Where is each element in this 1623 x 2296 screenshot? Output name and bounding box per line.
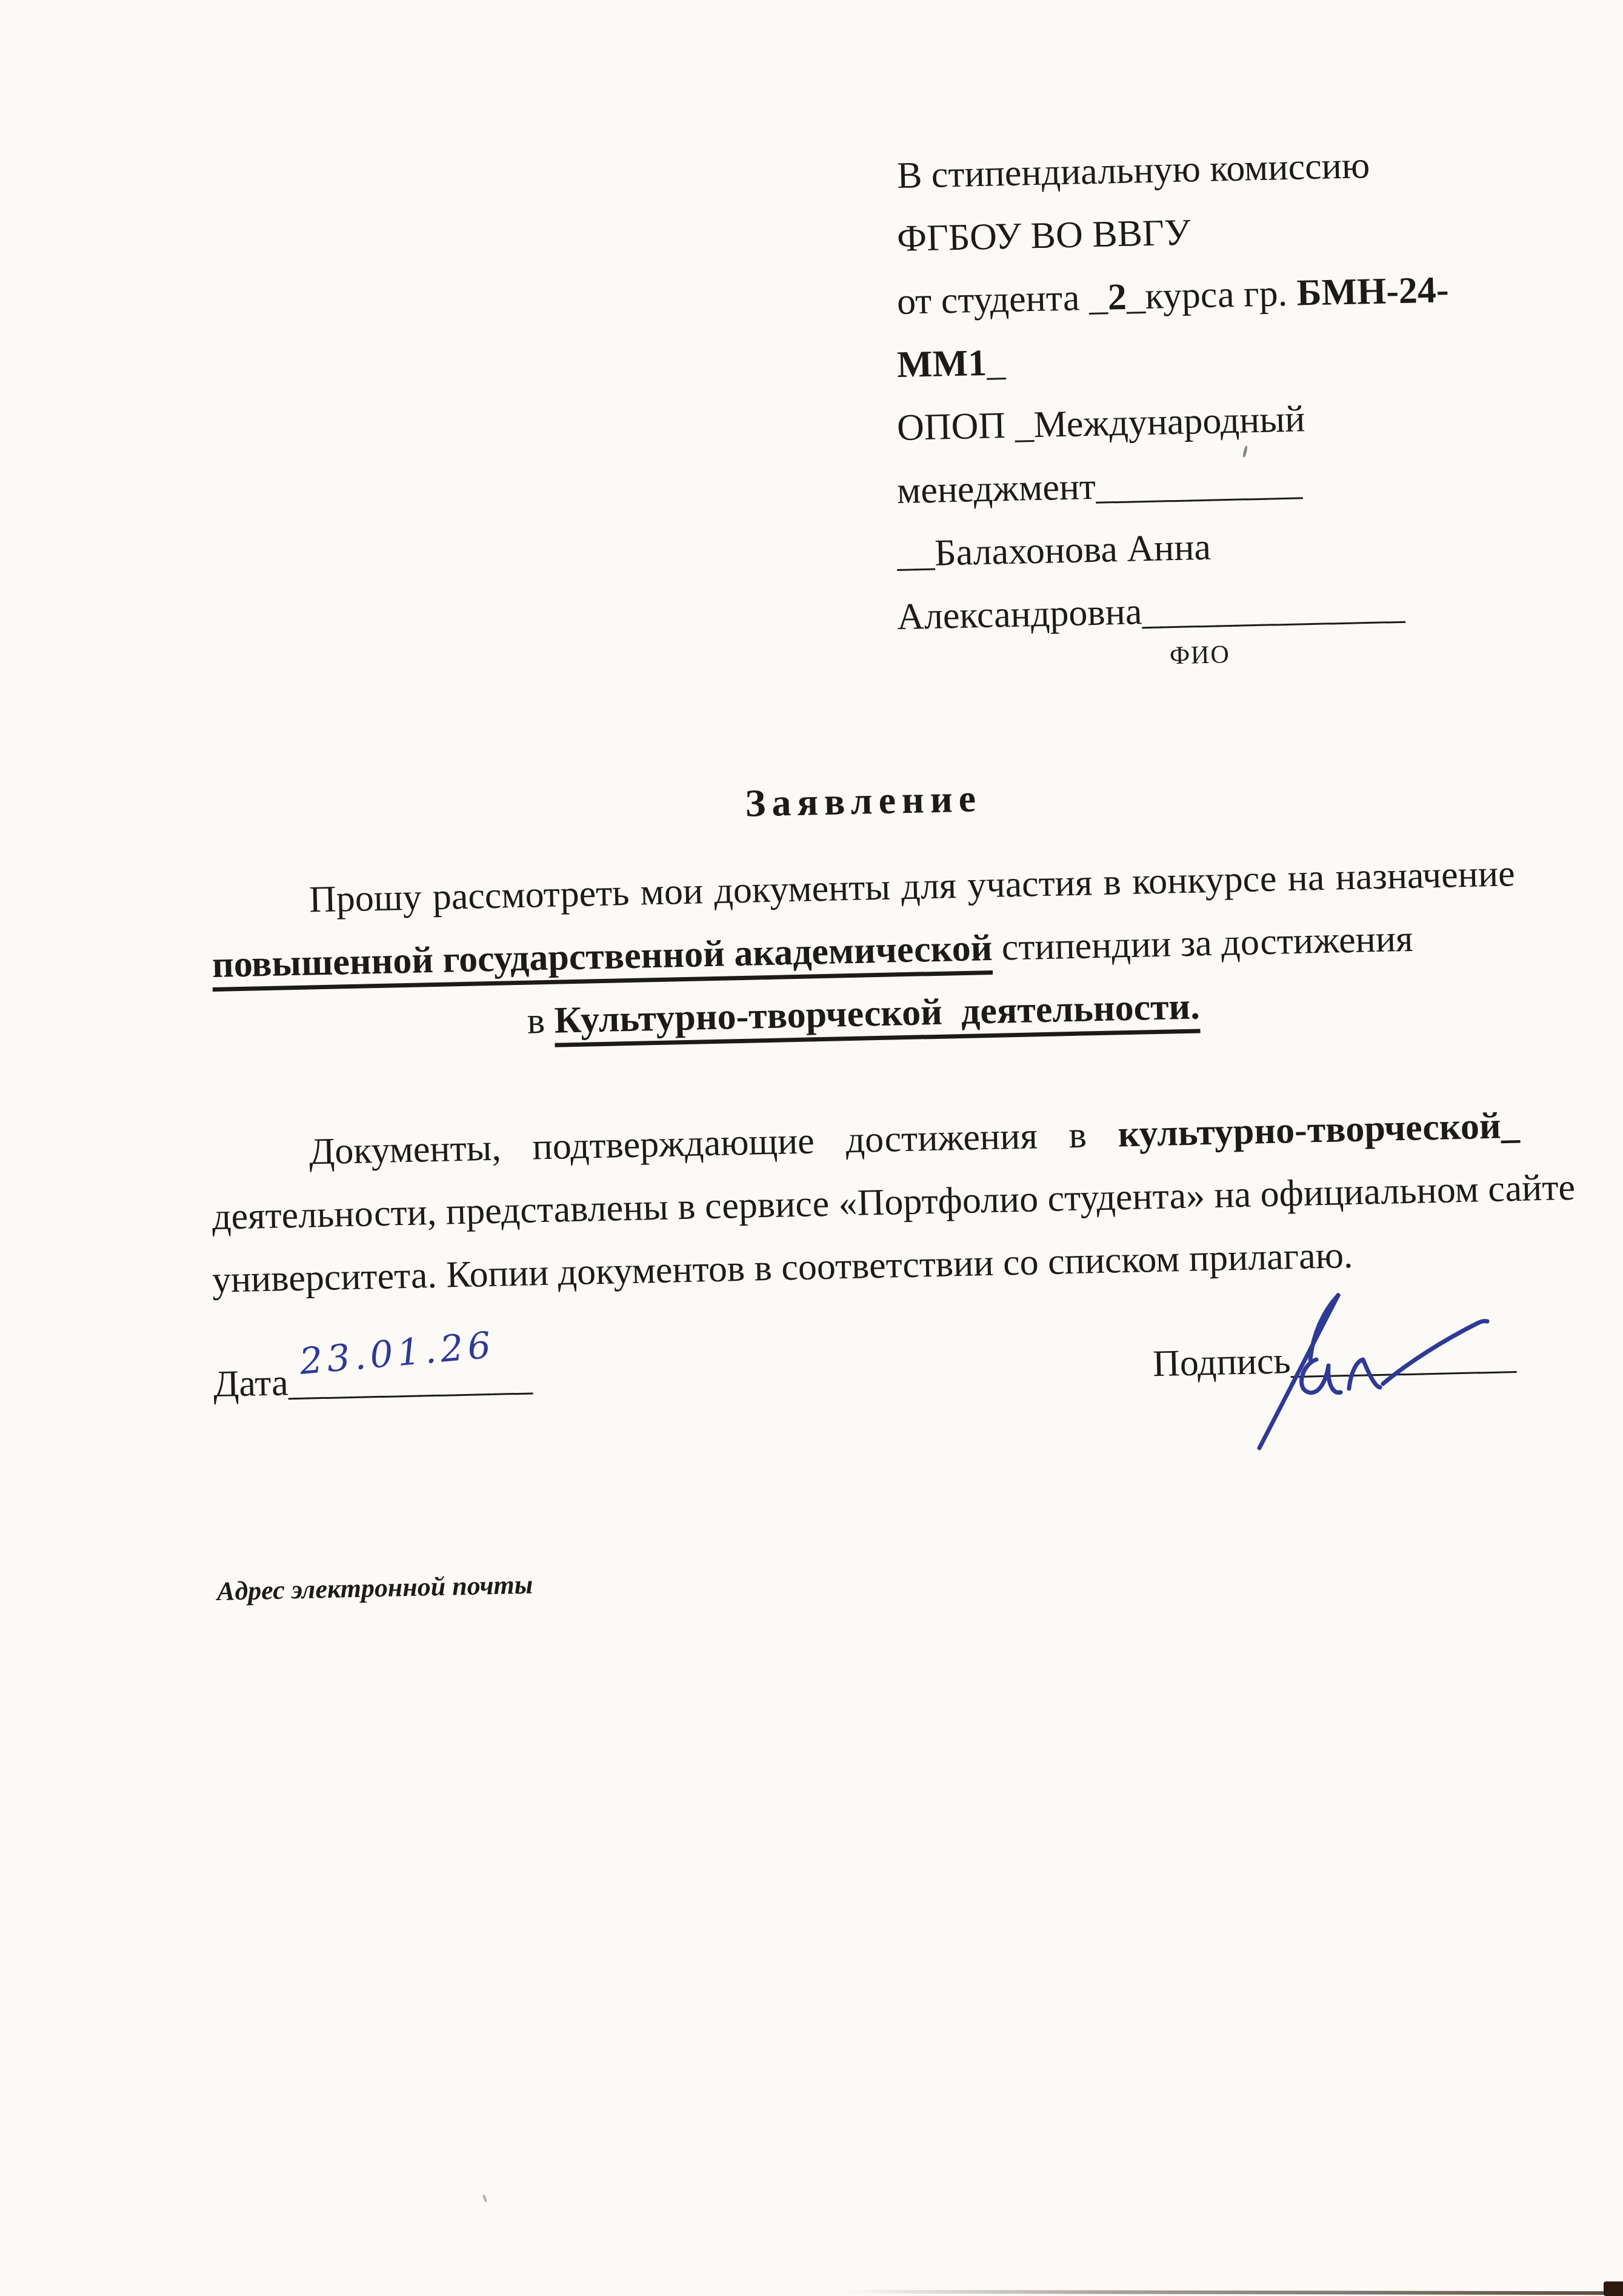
scan-corner-artifact [1604, 2281, 1623, 2296]
recipient-text: В стипендиальную комиссию [896, 145, 1370, 196]
scan-speck [482, 2194, 488, 2203]
program-name: _Международный [1015, 398, 1305, 446]
program-line: ОПОП _Международный [896, 384, 1455, 459]
blank-underscores: ___________ [1095, 461, 1302, 507]
signature-stroke-tail [1383, 1321, 1487, 1384]
program-line-continued: менеджмент___________ [896, 447, 1455, 522]
recipient-block: В стипендиальную комиссию ФГБОУ ВО ВВГУ … [897, 144, 1455, 684]
date-label: Дата [213, 1351, 289, 1416]
documents-text: университета. Копии документов в соответ… [212, 1235, 1353, 1301]
request-text: стипендии за достижения [991, 918, 1413, 969]
group-code-continued-line: ММ1_ [896, 321, 1455, 396]
request-text: в [527, 1000, 555, 1042]
group-code: БМН-24- [1296, 269, 1449, 313]
recipient-text: ФГБОУ ВО ВВГУ [896, 212, 1191, 259]
blank-underscore: _ [1501, 1105, 1520, 1147]
email-address-label: Адрес электронной почты [216, 1569, 533, 1607]
student-course-group-line: от студента _2_курса гр. БМН-24- [896, 258, 1455, 333]
activity-type-underlined: Культурно-творческой деятельности. [554, 986, 1201, 1041]
blank-underscores: __ [896, 533, 935, 575]
group-code: ММ1 [896, 342, 987, 385]
student-patronymic: Александровна [896, 591, 1142, 638]
scanned-application-sheet: В стипендиальную комиссию ФГБОУ ВО ВВГУ … [0, 0, 1623, 2296]
documents-text: Документы, подтверждающие достижения в [308, 1113, 1118, 1172]
program-name: менеджмент [896, 466, 1096, 512]
course-number: 2 [1107, 276, 1127, 318]
request-paragraph: Прошу рассмотреть мои документы для учас… [212, 870, 1515, 1060]
group-label: _курса гр. [1126, 273, 1297, 318]
scan-edge-artifact [845, 2290, 1623, 2295]
recipient-line-university: ФГБОУ ВО ВВГУ [896, 195, 1455, 270]
blank-underscores: ______________ [1141, 586, 1405, 632]
signature-stroke-letter-l [1349, 1360, 1380, 1389]
handwritten-signature [1218, 1276, 1497, 1458]
program-label: ОПОП [896, 405, 1015, 449]
student-label: от студента _ [896, 276, 1108, 322]
activity-type-bold: культурно-творческой [1118, 1106, 1501, 1155]
recipient-line-commission: В стипендиальную комиссию [896, 132, 1455, 207]
student-name-line: __Балахонова Анна [896, 510, 1455, 586]
blank-underscore: _ [986, 342, 1005, 384]
row-spacer [533, 1376, 1153, 1389]
student-name: Балахонова Анна [934, 527, 1211, 574]
scholarship-type-underlined: повышенной государственной академической [212, 927, 993, 986]
document-title: Заявление [212, 764, 1515, 838]
signature-stroke-letter-a [1302, 1360, 1341, 1393]
